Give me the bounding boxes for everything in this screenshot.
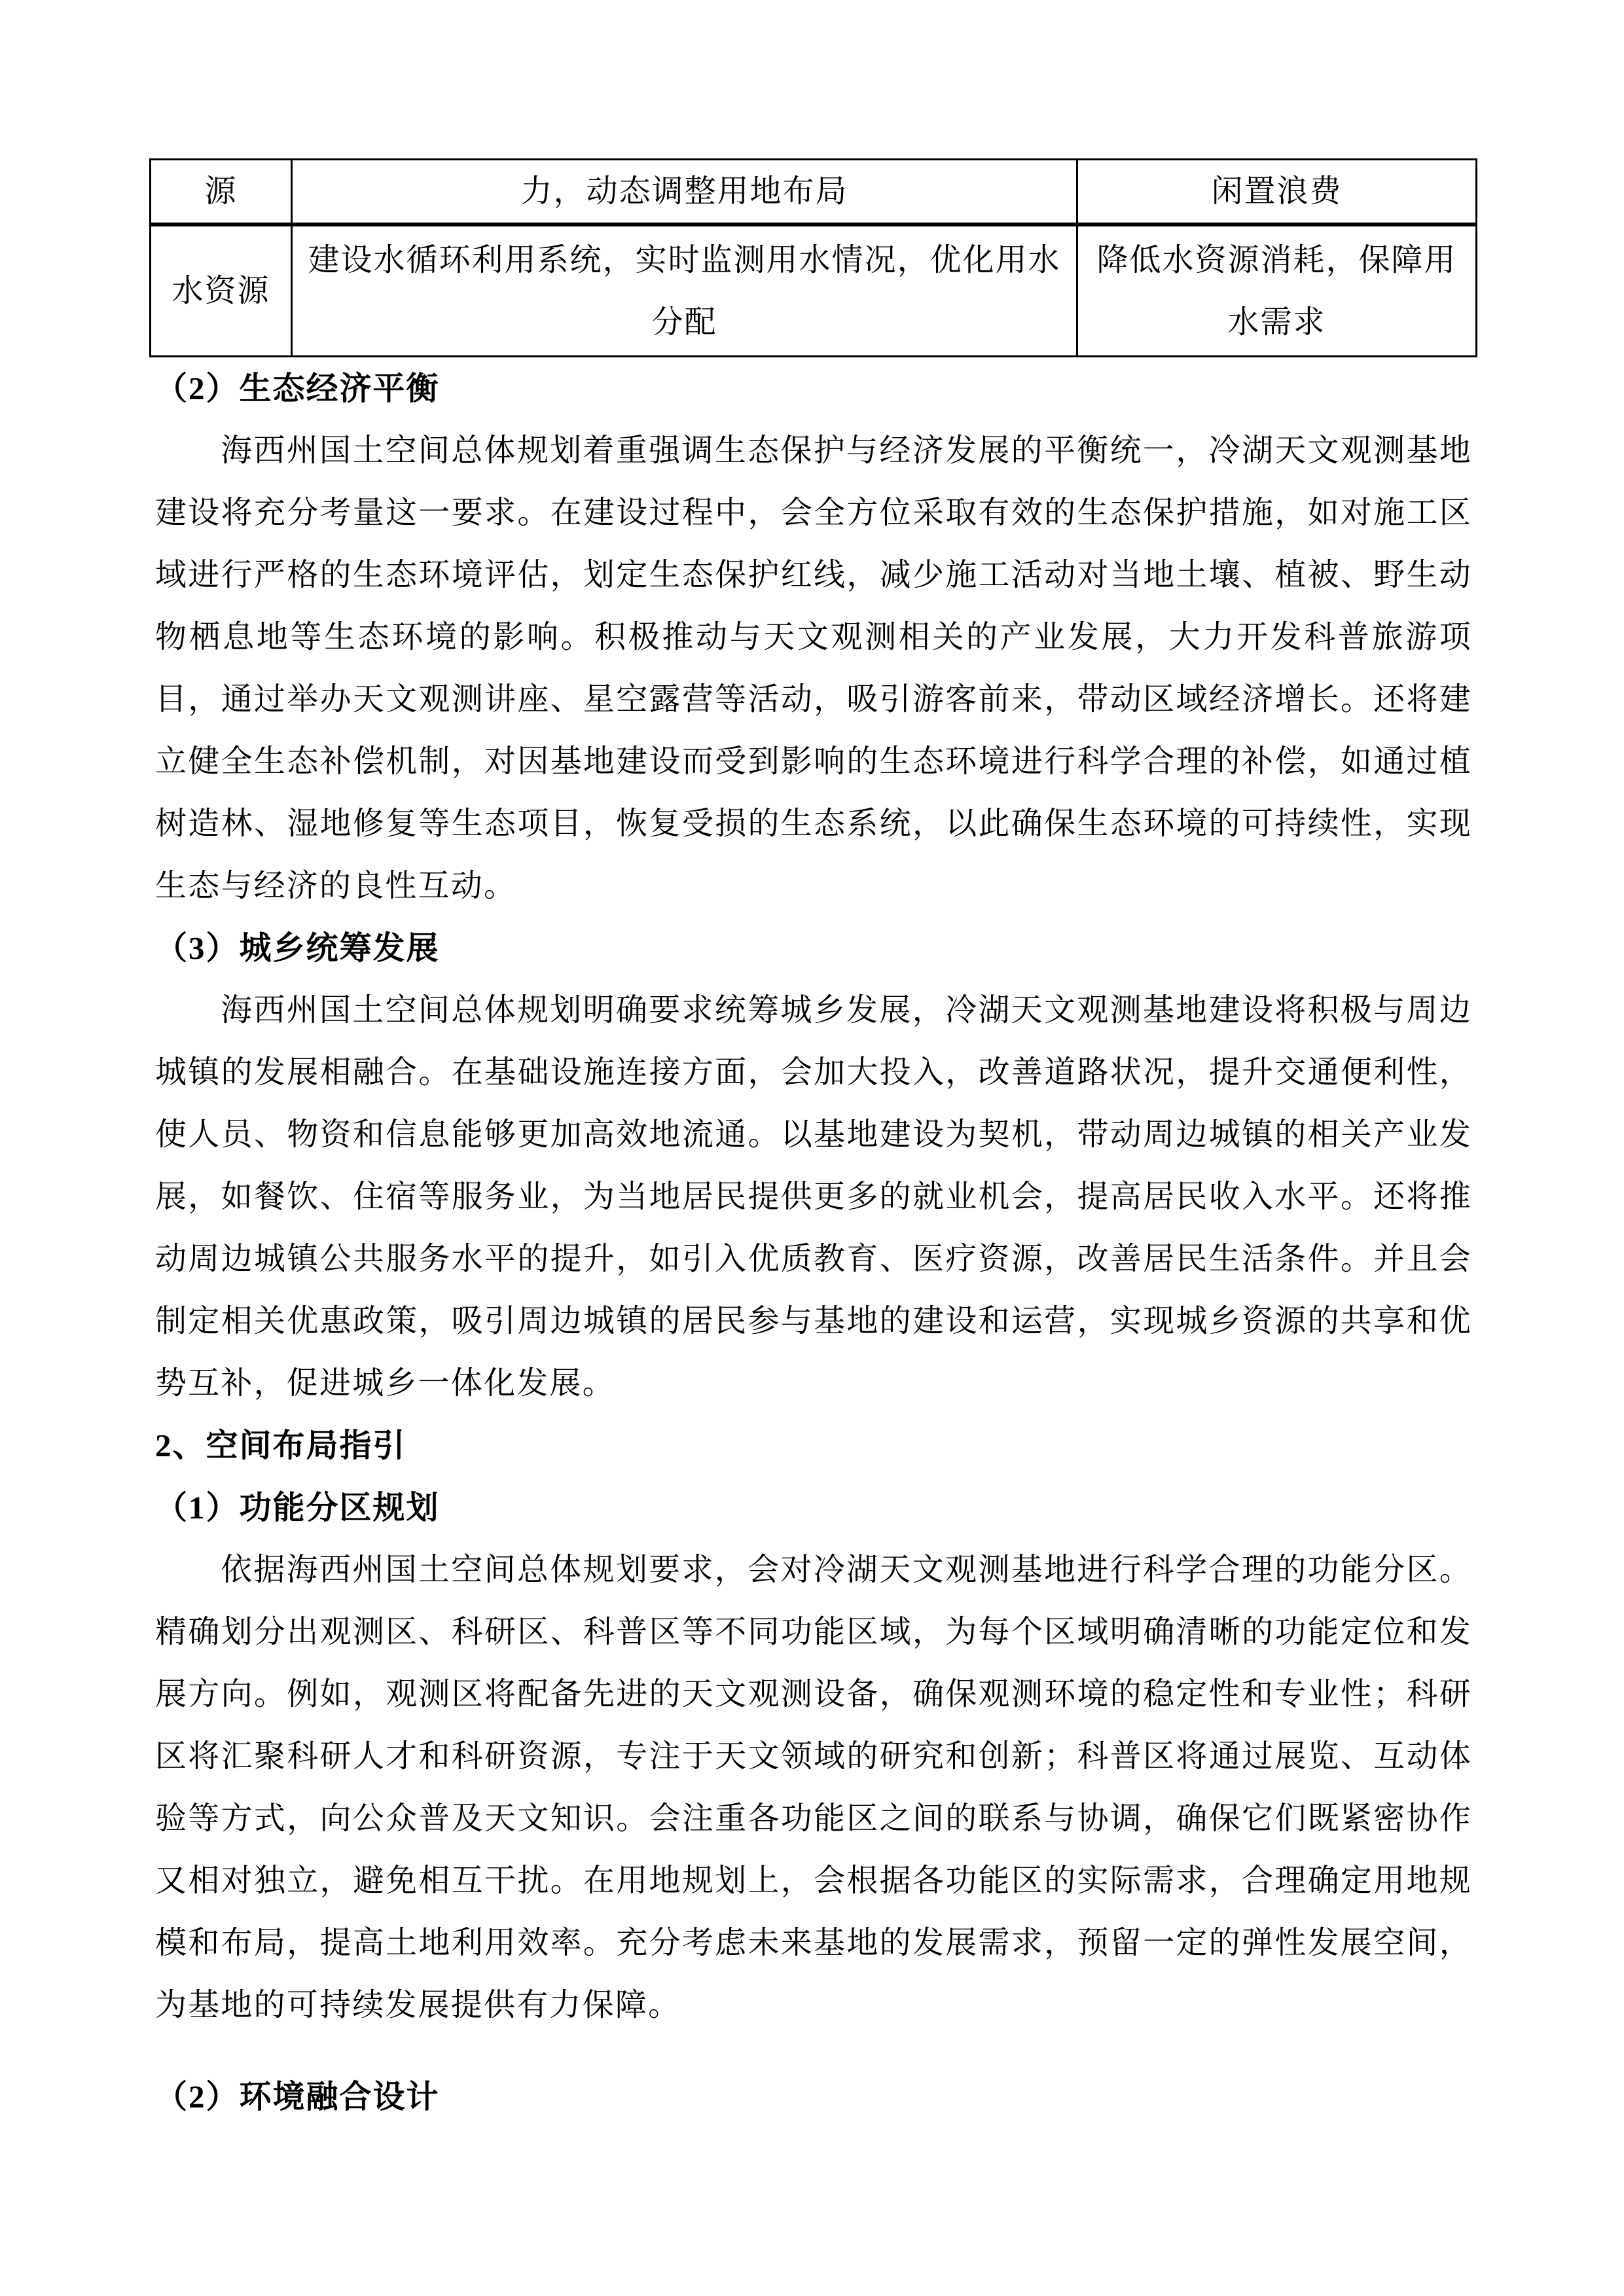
heading-functional-zoning: （1）功能分区规划 <box>155 1477 1472 1539</box>
table-row-water-resource: 水资源 建设水循环利用系统，实时监测用水情况，优化用水分配 降低水资源消耗，保障… <box>151 224 1477 357</box>
document-page: 源 力，动态调整用地布局 闲置浪费 水资源 建设水循环利用系统，实时监测用水情况… <box>0 0 1624 2296</box>
heading-eco-economic-balance: （2）生态经济平衡 <box>155 357 1472 420</box>
paragraph-functional-zoning: 依据海西州国土空间总体规划要求，会对冷湖天文观测基地进行科学合理的功能分区。精确… <box>155 1539 1472 2036</box>
table-cell-measure: 建设水循环利用系统，实时监测用水情况，优化用水分配 <box>292 224 1077 357</box>
paragraph-urban-rural-coordination: 海西州国土空间总体规划明确要求统筹城乡发展，冷湖天文观测基地建设将积极与周边城镇… <box>155 979 1472 1414</box>
table-row-continued: 源 力，动态调整用地布局 闲置浪费 <box>151 160 1477 225</box>
table-cell-resource-type: 源 <box>151 160 292 225</box>
table-cell-resource-type: 水资源 <box>151 224 292 357</box>
heading-spatial-layout-guidance: 2、空间布局指引 <box>155 1414 1472 1477</box>
table-cell-measure: 力，动态调整用地布局 <box>292 160 1077 225</box>
paragraph-eco-economic-balance: 海西州国土空间总体规划着重强调生态保护与经济发展的平衡统一，冷湖天文观测基地建设… <box>155 420 1472 917</box>
heading-urban-rural-coordination: （3）城乡统筹发展 <box>155 917 1472 979</box>
resource-measures-table: 源 力，动态调整用地布局 闲置浪费 水资源 建设水循环利用系统，实时监测用水情况… <box>149 158 1477 357</box>
heading-environment-integration-design: （2）环境融合设计 <box>155 2066 1472 2128</box>
page-content: 源 力，动态调整用地布局 闲置浪费 水资源 建设水循环利用系统，实时监测用水情况… <box>155 158 1472 2128</box>
table-cell-effect: 闲置浪费 <box>1077 160 1477 225</box>
table-cell-effect: 降低水资源消耗，保障用水需求 <box>1077 224 1477 357</box>
